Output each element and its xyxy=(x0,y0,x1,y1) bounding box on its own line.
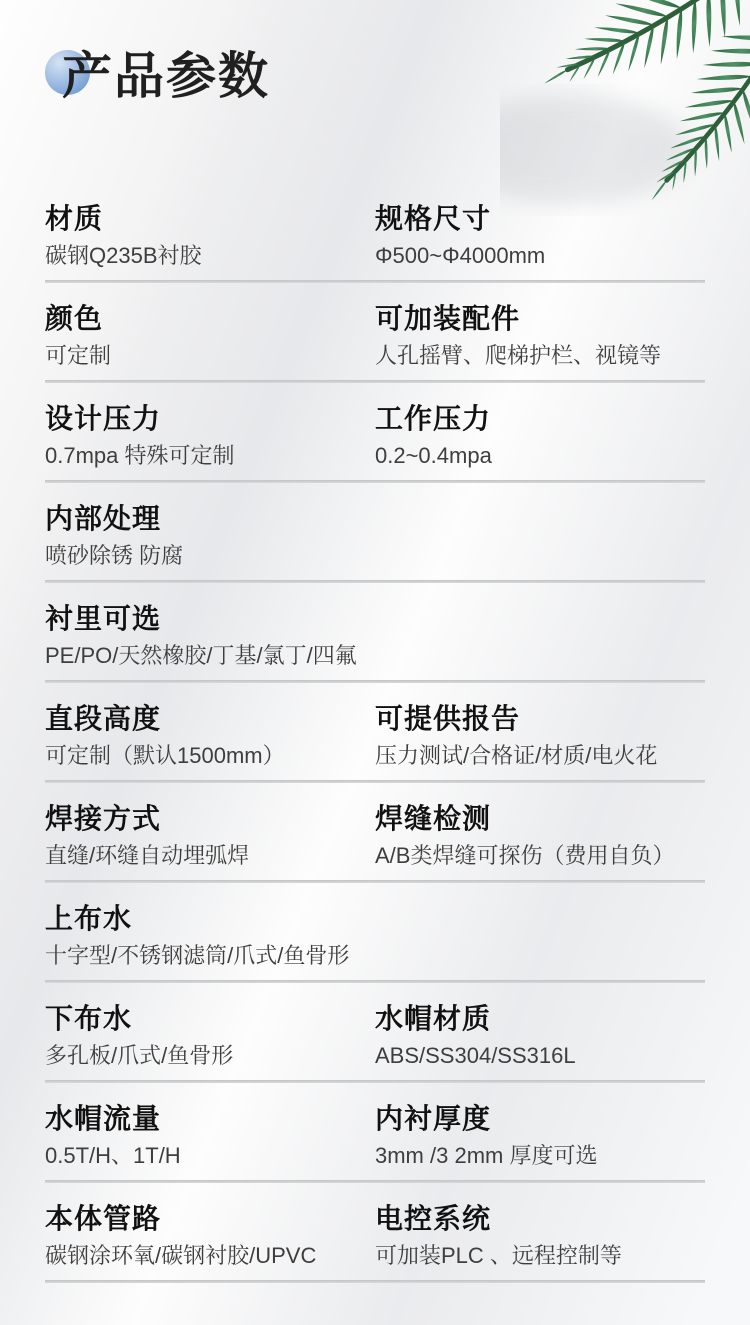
spec-row: 焊接方式 直缝/环缝自动埋弧焊 焊缝检测 A/B类焊缝可探伤（费用自负） xyxy=(45,783,705,871)
spec-item-upper-distributor: 上布水 十字型/不锈钢滤筒/爪式/鱼骨形 xyxy=(45,903,705,971)
spec-label: 上布水 xyxy=(45,903,705,935)
spec-item-lower-distributor: 下布水 多孔板/爪式/鱼骨形 xyxy=(45,1003,375,1071)
spec-value: 可定制 xyxy=(45,341,375,371)
spec-label: 可加装配件 xyxy=(375,303,705,335)
spec-label: 规格尺寸 xyxy=(375,203,705,235)
spec-label: 电控系统 xyxy=(375,1203,705,1235)
spec-label: 下布水 xyxy=(45,1003,375,1035)
spec-label: 内部处理 xyxy=(45,503,705,535)
spec-label: 焊缝检测 xyxy=(375,803,705,835)
spec-item-accessories: 可加装配件 人孔摇臂、爬梯护栏、视镜等 xyxy=(375,303,705,371)
divider xyxy=(45,1280,705,1283)
spec-value: 碳钢涂环氧/碳钢衬胶/UPVC xyxy=(45,1241,375,1271)
spec-label: 工作压力 xyxy=(375,403,705,435)
spec-item-cap-material: 水帽材质 ABS/SS304/SS316L xyxy=(375,1003,705,1071)
spec-label: 材质 xyxy=(45,203,375,235)
spec-value: 人孔摇臂、爬梯护栏、视镜等 xyxy=(375,341,705,371)
spec-value: 压力测试/合格证/材质/电火花 xyxy=(375,741,705,771)
spec-value: 碳钢Q235B衬胶 xyxy=(45,241,375,271)
spec-label: 直段高度 xyxy=(45,703,375,735)
spec-value: A/B类焊缝可探伤（费用自负） xyxy=(375,841,705,871)
spec-row: 颜色 可定制 可加装配件 人孔摇臂、爬梯护栏、视镜等 xyxy=(45,283,705,371)
spec-row: 内部处理 喷砂除锈 防腐 xyxy=(45,483,705,571)
spec-item-color: 颜色 可定制 xyxy=(45,303,375,371)
spec-value: Φ500~Φ4000mm xyxy=(375,241,705,271)
spec-row: 水帽流量 0.5T/H、1T/H 内衬厚度 3mm /3 2mm 厚度可选 xyxy=(45,1083,705,1171)
page: 产品参数 材质 碳钢Q235B衬胶 规格尺寸 Φ500~Φ4000mm 颜色 可… xyxy=(0,0,750,1283)
spec-label: 可提供报告 xyxy=(375,703,705,735)
spec-row: 上布水 十字型/不锈钢滤筒/爪式/鱼骨形 xyxy=(45,883,705,971)
spec-item-welding-method: 焊接方式 直缝/环缝自动埋弧焊 xyxy=(45,803,375,871)
spec-value: ABS/SS304/SS316L xyxy=(375,1041,705,1071)
spec-label: 焊接方式 xyxy=(45,803,375,835)
spec-label: 水帽材质 xyxy=(375,1003,705,1035)
spec-row: 直段高度 可定制（默认1500mm） 可提供报告 压力测试/合格证/材质/电火花 xyxy=(45,683,705,771)
spec-row: 下布水 多孔板/爪式/鱼骨形 水帽材质 ABS/SS304/SS316L xyxy=(45,983,705,1071)
spec-label: 颜色 xyxy=(45,303,375,335)
spec-label: 衬里可选 xyxy=(45,603,705,635)
spec-row: 设计压力 0.7mpa 特殊可定制 工作压力 0.2~0.4mpa xyxy=(45,383,705,471)
spec-value: 3mm /3 2mm 厚度可选 xyxy=(375,1141,705,1171)
spec-item-reports: 可提供报告 压力测试/合格证/材质/电火花 xyxy=(375,703,705,771)
spec-item-material: 材质 碳钢Q235B衬胶 xyxy=(45,203,375,271)
spec-label: 水帽流量 xyxy=(45,1103,375,1135)
spec-value: 0.5T/H、1T/H xyxy=(45,1141,375,1171)
spec-value: 可定制（默认1500mm） xyxy=(45,741,375,771)
spec-row: 衬里可选 PE/PO/天然橡胶/丁基/氯丁/四氟 xyxy=(45,583,705,671)
spec-row: 材质 碳钢Q235B衬胶 规格尺寸 Φ500~Φ4000mm xyxy=(45,183,705,271)
page-header: 产品参数 xyxy=(45,0,705,106)
spec-item-cap-flow: 水帽流量 0.5T/H、1T/H xyxy=(45,1103,375,1171)
spec-value: PE/PO/天然橡胶/丁基/氯丁/四氟 xyxy=(45,641,705,671)
spec-item-dimensions: 规格尺寸 Φ500~Φ4000mm xyxy=(375,203,705,271)
spec-item-lining-thickness: 内衬厚度 3mm /3 2mm 厚度可选 xyxy=(375,1103,705,1171)
spec-item-electric-control: 电控系统 可加装PLC 、远程控制等 xyxy=(375,1203,705,1271)
spec-label: 内衬厚度 xyxy=(375,1103,705,1135)
spec-item-body-piping: 本体管路 碳钢涂环氧/碳钢衬胶/UPVC xyxy=(45,1203,375,1271)
spec-item-internal-treatment: 内部处理 喷砂除锈 防腐 xyxy=(45,503,705,571)
spec-item-design-pressure: 设计压力 0.7mpa 特殊可定制 xyxy=(45,403,375,471)
spec-item-lining-options: 衬里可选 PE/PO/天然橡胶/丁基/氯丁/四氟 xyxy=(45,603,705,671)
spec-value: 0.7mpa 特殊可定制 xyxy=(45,441,375,471)
spec-item-working-pressure: 工作压力 0.2~0.4mpa xyxy=(375,403,705,471)
spec-value: 0.2~0.4mpa xyxy=(375,441,705,471)
spec-row: 本体管路 碳钢涂环氧/碳钢衬胶/UPVC 电控系统 可加装PLC 、远程控制等 xyxy=(45,1183,705,1271)
spec-label: 设计压力 xyxy=(45,403,375,435)
spec-value: 直缝/环缝自动埋弧焊 xyxy=(45,841,375,871)
spec-value: 可加装PLC 、远程控制等 xyxy=(375,1241,705,1271)
spec-list: 材质 碳钢Q235B衬胶 规格尺寸 Φ500~Φ4000mm 颜色 可定制 可加… xyxy=(45,183,705,1283)
spec-value: 十字型/不锈钢滤筒/爪式/鱼骨形 xyxy=(45,941,705,971)
spec-item-weld-inspection: 焊缝检测 A/B类焊缝可探伤（费用自负） xyxy=(375,803,705,871)
page-title: 产品参数 xyxy=(62,46,705,106)
spec-value: 多孔板/爪式/鱼骨形 xyxy=(45,1041,375,1071)
spec-item-straight-height: 直段高度 可定制（默认1500mm） xyxy=(45,703,375,771)
spec-value: 喷砂除锈 防腐 xyxy=(45,541,705,571)
spec-label: 本体管路 xyxy=(45,1203,375,1235)
